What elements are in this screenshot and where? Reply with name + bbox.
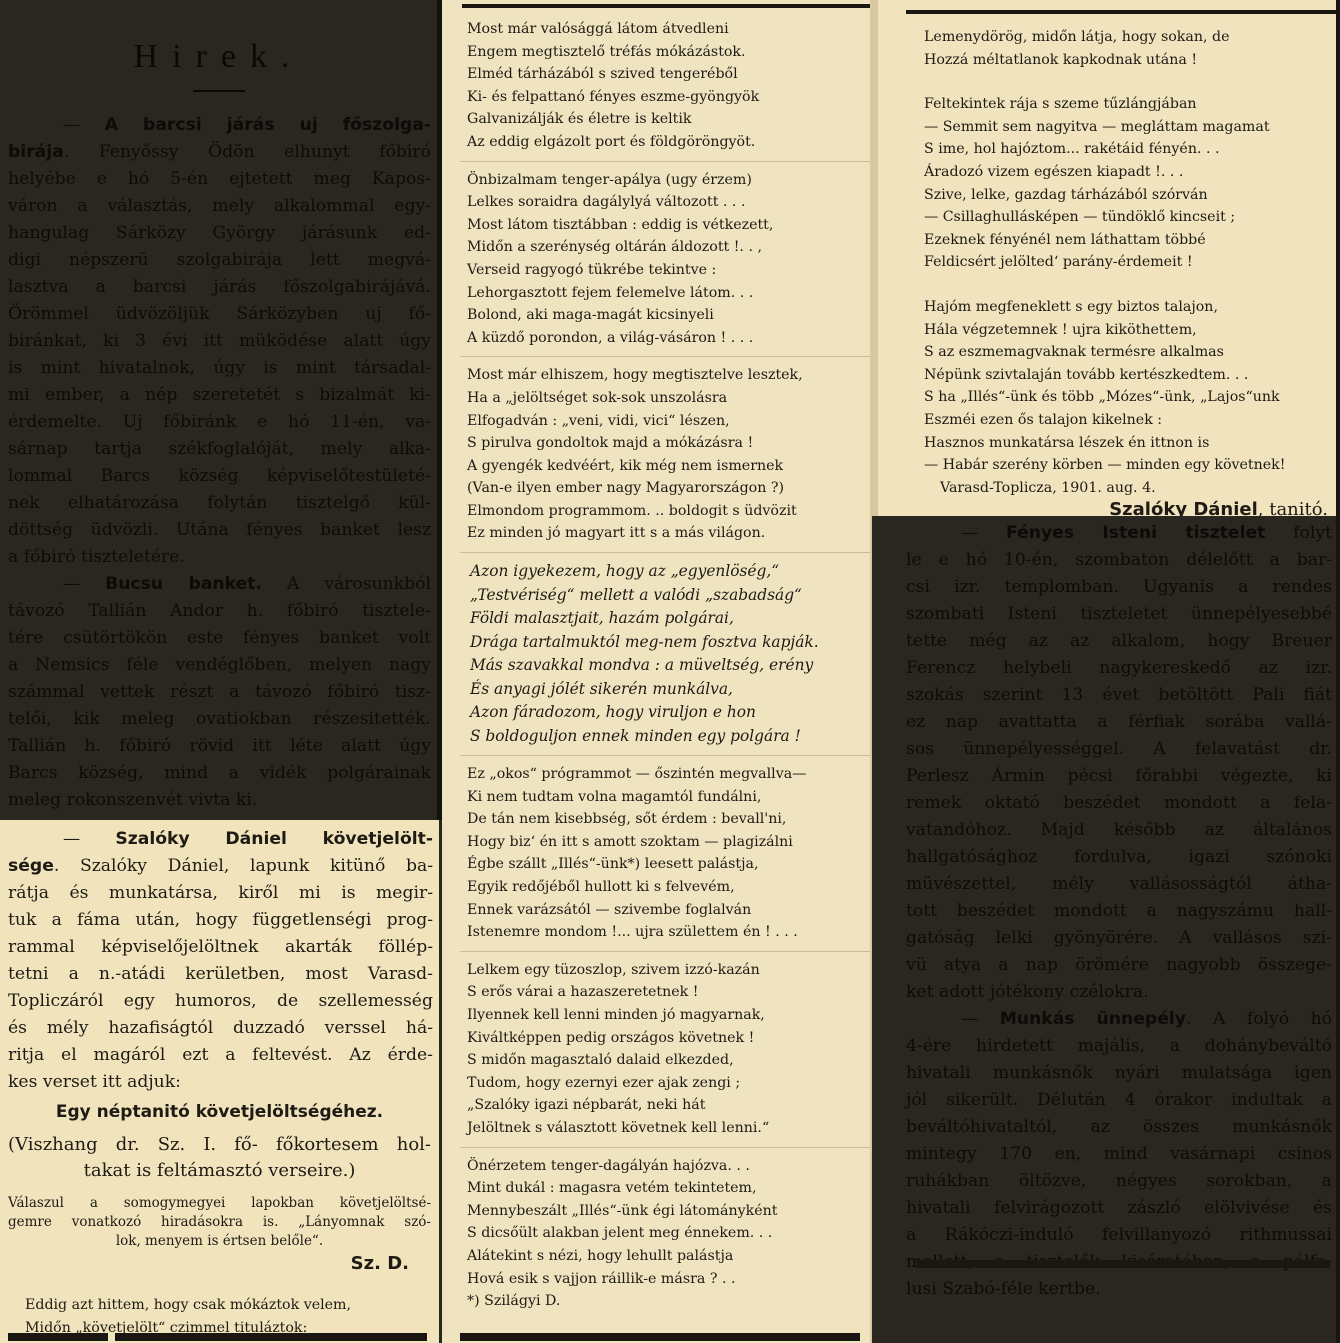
article-text-line: Perlesz Ármin pécsi főrabbi végezte, ki: [906, 763, 1332, 790]
article-text-line: digi népszerü szolgabirája lett megvá-: [8, 247, 431, 274]
poem-line: Ennek varázsától — szivembe foglalván: [467, 899, 870, 922]
top-rule: [462, 4, 870, 8]
poem-line: *) Szilágyi D.: [467, 1290, 870, 1313]
poem-line: S ime, hol hajóztom... rakétáid fényén. …: [924, 138, 1340, 161]
article-text-line: meleg rokonszenvét vivta ki.: [8, 787, 431, 814]
article-text-line: kes verset itt adjuk:: [8, 1069, 433, 1096]
poem-line: Más szavakkal mondva : a müveltség, erén…: [470, 654, 870, 678]
poem-line: Azon igyekezem, hogy az „egyenlöség,“: [470, 560, 870, 584]
article-text-line: birája. Fenyőssy Ödön elhunyt főbiró: [8, 139, 431, 166]
article-text-line: Ferencz helybeli nagykereskedő az izr.: [906, 655, 1332, 682]
article-text-line: ez nap avattatta a férfiak sorába vallá-: [906, 709, 1332, 736]
article-text-line: telői, kik meleg ovatiokban részesitetté…: [8, 706, 431, 733]
poem-line: Jelöltnek s választott követnek kell len…: [467, 1117, 870, 1140]
article-isteni-tisztelet: — Fényes Isteni tisztelet folytle e hó 1…: [872, 520, 1340, 1303]
article-text-line: lusi Szabó-féle kertbe.: [906, 1276, 1332, 1303]
article-title-line: — Fényes Isteni tisztelet folyt: [906, 520, 1332, 547]
poem-stanza: Lemenydörög, midőn látja, hogy sokan, de…: [878, 26, 1340, 71]
poem-line: S erős várai a hazaszeretetnek !: [467, 981, 870, 1004]
article-text-line: szombati Isteni tiszteletet ünnepélyeseb…: [906, 601, 1332, 628]
article-title-line: — A barcsi járás uj főszolga-: [8, 112, 431, 139]
poem-stanza: Most már valósággá látom átvedleniEngem …: [450, 18, 870, 154]
poem-note: Válaszul a somogymegyei lapokban követje…: [0, 1194, 439, 1251]
article-text-line: a Nemsics féle vendéglőben, melyen nagy: [8, 652, 431, 679]
poem-line: És anyagi jólét sikerén munkálva,: [470, 678, 870, 702]
poem-line: Földi malasztjait, hazám polgárai,: [470, 607, 870, 631]
poem-line: Midőn a szerénység oltárán áldozott !. .…: [467, 236, 870, 259]
poem-line: S az eszmemagvaknak termésre alkalmas: [924, 341, 1340, 364]
poem-stanza: Önérzetem tenger-dagályán hajózva. . .Mi…: [450, 1155, 870, 1313]
article-text-line: lasztva a barcsi járás főszolgabirájává.: [8, 274, 431, 301]
dateline: Varasd-Toplicza, 1901. aug. 4.: [878, 477, 1340, 500]
article-text-line: ket adott jótékony czélokra.: [906, 979, 1332, 1006]
article-text-line: helyébe e hó 5-én ejtetett meg Kapos-: [8, 166, 431, 193]
poem-line: Most már elhiszem, hogy megtisztelve les…: [467, 364, 870, 387]
poem-line: De tán nem kisebbség, sőt érdem : bevall…: [467, 808, 870, 831]
article-szaloky-kovetjeloltsege: — Szalóky Dániel követjelölt-sége. Szaló…: [0, 826, 439, 1096]
poem-stanza: Önbizalmam tenger-apálya (ugy érzem)Lelk…: [450, 169, 870, 350]
article-text-line: szokás szerint 13 évet betöltött Pali fi…: [906, 682, 1332, 709]
article-text-line: hivatali munkásnők nyári mulatsága igen: [906, 1060, 1332, 1087]
article-title: Fényes Isteni tisztelet: [1006, 523, 1265, 543]
poem-line: Ki- és felpattanó fényes eszme-gyöngyök: [467, 86, 870, 109]
article-text-line: ritja el magáról ezt a feltevést. Az érd…: [8, 1042, 433, 1069]
poem-line: Mint dukál : magasra vetém tekintetem,: [467, 1177, 870, 1200]
poem-line: Elfogadván : „veni, vidi, vici“ lészen,: [467, 410, 870, 433]
poem-line: Most látom tisztábban : eddig is vétkeze…: [467, 214, 870, 237]
poem-line: — Csillaghullásképen — tündöklő kincseit…: [924, 206, 1340, 229]
article-text-line: hallgatósághoz fordulva, igazi szónoki: [906, 844, 1332, 871]
article-text-line: tuk a fáma után, hogy függetlenségi prog…: [8, 907, 433, 934]
poem-line: Népünk szivtalaján tovább kertészkedtem.…: [924, 364, 1340, 387]
article-text-line: mintegy 170 en, mind vasárnapi csinos: [906, 1141, 1332, 1168]
poem-line: Mennybeszált „Illés“-ünk égi látománykén…: [467, 1200, 870, 1223]
top-rule: [906, 10, 1340, 14]
poem-line: S dicsőült alakban jelent meg énnekem. .…: [467, 1222, 870, 1245]
poem-line: Hogy biz‘ én itt s amott szoktam — plagi…: [467, 831, 870, 854]
poem-line: Elméd tárházából s szived tengeréből: [467, 63, 870, 86]
bottom-rule: [115, 1333, 427, 1341]
article-title: A barcsi járás uj főszolga-: [105, 115, 431, 135]
column1-light-region: — Szalóky Dániel követjelölt-sége. Szaló…: [0, 820, 442, 1343]
article-text-line: nek elhatározása folytán tisztelgő kül-: [8, 490, 431, 517]
poem-line: „Testvériség“ mellett a valódi „szabadsá…: [470, 584, 870, 608]
article-text-line: és mély hazafiságtól duzzadó verssel há-: [8, 1015, 433, 1042]
poem-line: Engem megtisztelő tréfás mókázástok.: [467, 41, 870, 64]
article-text-line: ruhákban öltözve, négyes sorokban, a: [906, 1168, 1332, 1195]
poem-line: Lelkes soraidra dagálylyá változott . . …: [467, 191, 870, 214]
poem-line: Bolond, aki maga-magát kicsinyeli: [467, 304, 870, 327]
poem-line: Feldicsért jelölted‘ parány-érdemeit !: [924, 251, 1340, 274]
poem-line: Ilyennek kell lenni minden jó magyarnak,: [467, 1004, 870, 1027]
article-text-line: gatóság lelki gyönyörére. A vallásos szi…: [906, 925, 1332, 952]
article-text-line: hivatali felvirágozott zászló elölvivése…: [906, 1195, 1332, 1222]
article-text-line: biránkat, ki 3 évi itt müködése alatt úg…: [8, 328, 431, 355]
article-text-line: is mint hivatalnok, úgy is mint társadal…: [8, 355, 431, 382]
poem-signature: Sz. D.: [0, 1253, 439, 1274]
stanza-separator: [460, 161, 870, 162]
poem-line: Alátekint s nézi, hogy lehullt palástja: [467, 1245, 870, 1268]
article-text-line: Topliczáról egy humoros, de szellemesség: [8, 988, 433, 1015]
poem-line: Elmondom programmom. .. boldogit s üdvöz…: [467, 500, 870, 523]
poem-line: Kiváltképpen pedig országos követnek !: [467, 1027, 870, 1050]
poem-stanza: Feltekintek rája s szeme tűzlángjában— S…: [878, 93, 1340, 274]
poem-title: Egy néptanitó követjelöltségéhez.: [0, 1102, 439, 1122]
poem-line: (Van-e ilyen ember nagy Magyarországon ?…: [467, 477, 870, 500]
article-text-line: le e hó 10-én, szombaton délelőtt a bar-: [906, 547, 1332, 574]
poem-line: Ez minden jó magyart itt s a más világon…: [467, 522, 870, 545]
article-text-line: jól sikerült. Délután 4 órakor indultak …: [906, 1087, 1332, 1114]
poem-line: S midőn magasztaló dalaid elkezded,: [467, 1049, 870, 1072]
article-text-line: tette még az az alkalom, hogy Breuer: [906, 628, 1332, 655]
poem-line: S pirulva gondoltok majd a mókázásra !: [467, 432, 870, 455]
article-text-line: rátja és munkatársa, kiről mi is megir-: [8, 880, 433, 907]
bottom-rule: [8, 1333, 108, 1341]
poem-stanza: Azon igyekezem, hogy az „egyenlöség,“„Te…: [450, 560, 870, 748]
column3-shaded-region: — Fényes Isteni tisztelet folytle e hó 1…: [872, 516, 1340, 1343]
article-title: Bucsu banket.: [105, 574, 262, 594]
stanza-separator: [460, 755, 870, 756]
article-text-line: remek oktató beszédet mondott a fela-: [906, 790, 1332, 817]
poem-line: Egyik redőjéből hullott ki s felvevém,: [467, 876, 870, 899]
poem-line: Hozzá méltatlanok kapkodnak utána !: [924, 49, 1340, 72]
poem-stanza: Lelkem egy tüzoszlop, szivem izzó-kazánS…: [450, 959, 870, 1140]
article-text-line: csi izr. templomban. Ugyanis a rendes: [906, 574, 1332, 601]
article-text-line: rammal képviselőjelöltnek akarták föllép…: [8, 934, 433, 961]
article-text-line: Örömmel üdvözöljük Sárközyben uj fő-: [8, 301, 431, 328]
poem-author-signature: Szalóky Dániel, tanitó.: [878, 499, 1340, 516]
article-text-line: müvészettel, mély vallásosságtól átha-: [906, 871, 1332, 898]
article-title-line: — Bucsu banket. A városunkból: [8, 571, 431, 598]
poem-line: — Semmit sem nagyitva — megláttam magama…: [924, 116, 1340, 139]
stanza-separator: [460, 552, 870, 553]
poem-line: Lehorgasztott fejem felemelve látom. . .: [467, 282, 870, 305]
poem-line: Szive, lelke, gazdag tárházából szórván: [924, 184, 1340, 207]
article-text-line: Tallián h. főbiró rövid itt léte alatt ú…: [8, 733, 431, 760]
article-text-line: a Rákóczi-induló felvillanyozó rithmussa…: [906, 1222, 1332, 1249]
column2-poem: Most már valósággá látom átvedleniEngem …: [450, 0, 870, 1343]
poem-line: Hála végzetemnek ! ujra kiköthettem,: [924, 319, 1340, 342]
article-text-line: tére csütörtökön este fényes banket volt: [8, 625, 431, 652]
poem-line: Ha a „jelöltséget sok-sok unszolásra: [467, 387, 870, 410]
article-text-line: hangulag Sárközy György járásunk ed-: [8, 220, 431, 247]
article-text-line: sárnap tartja székfoglalóját, mely alka-: [8, 436, 431, 463]
article-text-line: döttség üdvözli. Utána fényes banket les…: [8, 517, 431, 544]
heading-divider: [193, 90, 245, 92]
column3-light-region: Lemenydörög, midőn látja, hogy sokan, de…: [878, 0, 1340, 516]
poem-line: Ez „okos“ prógrammot — őszintén megvallv…: [467, 763, 870, 786]
poem-line: Eszméi ezen ős talajon kikelnek :: [924, 409, 1340, 432]
article-text-line: lommal Barcs község képviselőtestületé-: [8, 463, 431, 490]
article-title: Munkás ünnepély: [1000, 1009, 1186, 1029]
article-title: birája: [8, 142, 64, 162]
poem-line: Önérzetem tenger-dagályán hajózva. . .: [467, 1155, 870, 1178]
article-text-line: beváltóhivataltól, az összes munkásnők: [906, 1114, 1332, 1141]
right-border: [1336, 516, 1340, 1343]
poem-line: Áradozó vizem egészen kiapadt !. . .: [924, 161, 1340, 184]
right-border: [1336, 0, 1340, 516]
poem-line: „Szalóky igazi népbarát, neki hát: [467, 1094, 870, 1117]
poem-line: Verseid ragyogó tükrébe tekintve :: [467, 259, 870, 282]
article-text-line: érdemelte. Uj főbiránk e hó 11-én, va-: [8, 409, 431, 436]
poem-line: Drága tartalmuktól meg-nem fosztva kapjá…: [470, 631, 870, 655]
article-text-line: távozó Tallián Andor h. főbiró tisztele-: [8, 598, 431, 625]
poem-line: Égbe szállt „Illés“-ünk*) leesett palást…: [467, 853, 870, 876]
column1-shaded-region: Hirek. — A barcsi járás uj főszolga-birá…: [0, 0, 442, 820]
poem-line: S boldoguljon ennek minden egy polgára !: [470, 725, 870, 749]
poem-line: Önbizalmam tenger-apálya (ugy érzem): [467, 169, 870, 192]
article-title-line: — Munkás ünnepély. A folyó hó: [906, 1006, 1332, 1033]
article-text-line: tetni a n.-atádi kerületben, most Varasd…: [8, 961, 433, 988]
poem-line: Ezeknek fényénél nem láthattam többé: [924, 229, 1340, 252]
article-text-line: Barcs község, mind a vidék polgárainak: [8, 760, 431, 787]
article-barcsi-jaras: — A barcsi járás uj főszolga-birája. Fen…: [0, 112, 437, 814]
article-text-line: mi ember, a nép szeretetét s bizalmát ki…: [8, 382, 431, 409]
poem-line: Galvanizálják és életre is keltik: [467, 108, 870, 131]
poem-stanza: Hajóm megfeneklett s egy biztos talajon,…: [878, 296, 1340, 477]
bottom-rule: [460, 1333, 860, 1341]
poem-subtitle: (Viszhang dr. Sz. I. fő- főkortesem hol-…: [0, 1132, 439, 1184]
poem-line: S ha „Illés“-ünk és több „Mózes“-ünk, „L…: [924, 386, 1340, 409]
poem-stanzas-continued: Lemenydörög, midőn látja, hogy sokan, de…: [878, 26, 1340, 477]
stanza-separator: [460, 951, 870, 952]
section-heading: Hirek.: [0, 38, 437, 76]
poem-stanza: Most már elhiszem, hogy megtisztelve les…: [450, 364, 870, 545]
poem-line: Hajóm megfeneklett s egy biztos talajon,: [924, 296, 1340, 319]
stanza-separator: [460, 356, 870, 357]
article-text-line: váron a választás, mely alkalommal egy-: [8, 193, 431, 220]
poem-line: Most már valósággá látom átvedleni: [467, 18, 870, 41]
article-text-line: a főbiró tiszteletére.: [8, 544, 431, 571]
poem-line: Hasznos munkatársa lészek én ittnon is: [924, 432, 1340, 455]
poem-line: Lemenydörög, midőn látja, hogy sokan, de: [924, 26, 1340, 49]
poem-line: Az eddig elgázolt port és földgöröngyöt.: [467, 131, 870, 154]
poem-line: Tudom, hogy ezernyi ezer ajak zengi ;: [467, 1072, 870, 1095]
article-text-line: tott beszédet mondott a nagyszámu hall-: [906, 898, 1332, 925]
article-text-line: számmal vettek részt a távozó főbiró tis…: [8, 679, 431, 706]
article-text-line: — Szalóky Dániel követjelölt-: [8, 826, 433, 853]
poem-line: Lelkem egy tüzoszlop, szivem izzó-kazán: [467, 959, 870, 982]
article-text-line: sége. Szalóky Dániel, lapunk kitünő ba-: [8, 853, 433, 880]
poem-line: A gyengék kedvéért, kik még nem ismernek: [467, 455, 870, 478]
bottom-rule: [916, 1260, 1330, 1268]
poem-stanza: Ez „okos“ prógrammot — őszintén megvallv…: [450, 763, 870, 944]
poem-line: Ki nem tudtam volna magamtól fundálni,: [467, 786, 870, 809]
poem-line: Istenemre mondom !... ujra születtem én …: [467, 921, 870, 944]
poem-line: A küzdő porondon, a világ-vásáron ! . . …: [467, 327, 870, 350]
poem-line: Azon fáradozom, hogy viruljon e hon: [470, 701, 870, 725]
article-text-line: vatandóhoz. Majd később az általános: [906, 817, 1332, 844]
stanza-separator: [460, 1147, 870, 1148]
article-text-line: vü atya a nap örömére nagyobb összege-: [906, 952, 1332, 979]
poem-line: Feltekintek rája s szeme tűzlángjában: [924, 93, 1340, 116]
article-text-line: 4-ére hirdetett majális, a dohánybeváltó: [906, 1033, 1332, 1060]
article-text-line: sos ünnepélyességgel. A felavatást dr.: [906, 736, 1332, 763]
poem-stanzas: Most már valósággá látom átvedleniEngem …: [450, 18, 870, 1313]
poem-line: Hová esik s vajjon ráillik-e másra ? . .: [467, 1268, 870, 1291]
poem-line: — Habár szerény körben — minden egy köve…: [924, 454, 1340, 477]
